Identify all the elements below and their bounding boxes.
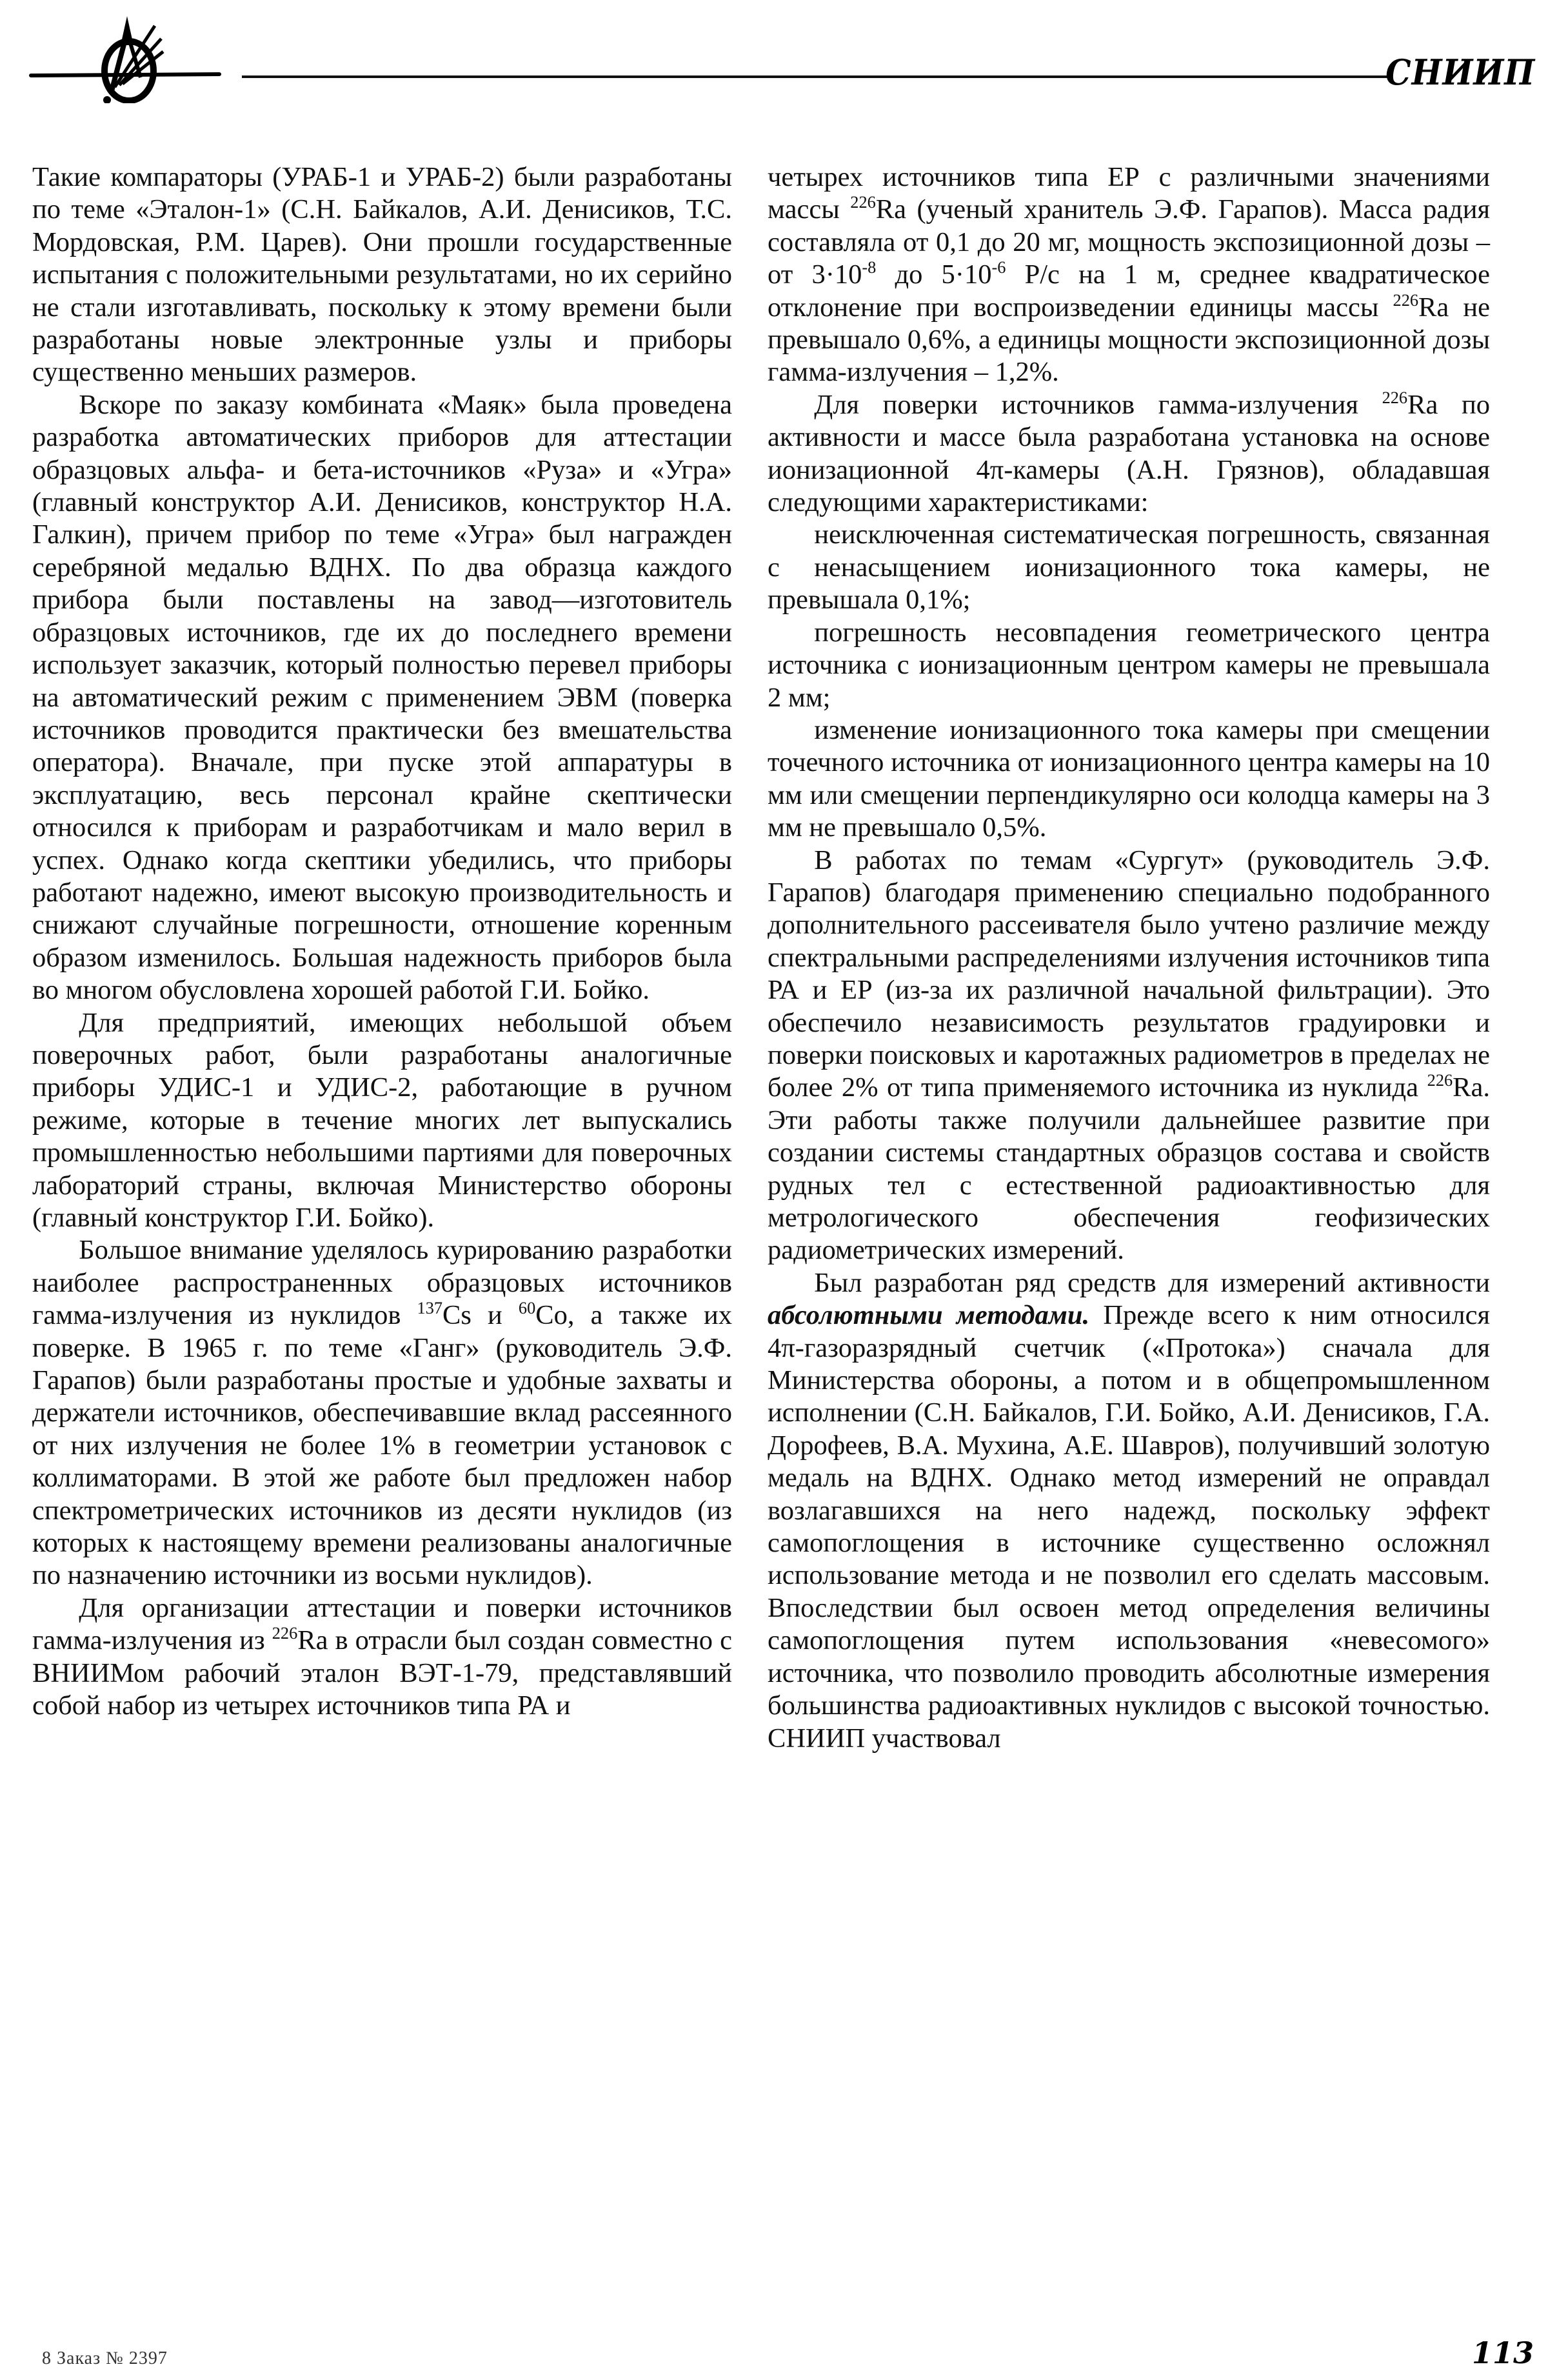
page-header: СНИИП xyxy=(0,0,1548,129)
superscript: 226 xyxy=(272,1624,298,1643)
paragraph: Вскоре по заказу комбината «Маяк» была п… xyxy=(32,389,732,1007)
paragraph: четырех источников типа ЕР с различными … xyxy=(768,161,1490,389)
emphasis: абсолютными методами. xyxy=(768,1300,1089,1330)
superscript: 226 xyxy=(1393,291,1419,310)
header-rule xyxy=(242,75,1390,78)
superscript: 226 xyxy=(1382,388,1408,407)
running-title: СНИИП xyxy=(1385,52,1535,93)
paragraph: Для поверки источников гамма-излучения 2… xyxy=(768,389,1490,519)
superscript: -8 xyxy=(862,258,876,277)
radiation-emblem-icon xyxy=(26,6,232,103)
superscript: 60 xyxy=(519,1299,535,1317)
paragraph: погрешность несовпадения геометрического… xyxy=(768,617,1490,714)
paragraph: В работах по темам «Сургут» (руководител… xyxy=(768,845,1490,1267)
print-order-note: 8 Заказ № 2397 xyxy=(42,2348,168,2369)
right-column: четырех источников типа ЕР с различными … xyxy=(768,161,1490,1755)
superscript: 226 xyxy=(850,194,876,212)
paragraph: Был разработан ряд средств для измерений… xyxy=(768,1267,1490,1755)
left-column: Такие компараторы (УРАБ-1 и УРАБ-2) были… xyxy=(32,161,732,1723)
paragraph: Для предприятий, имеющих небольшой объем… xyxy=(32,1007,732,1235)
paragraph: неисключенная систематическая погрешност… xyxy=(768,519,1490,616)
page-number: 113 xyxy=(1472,2335,1534,2370)
paragraph: Большое внимание уделялось курированию р… xyxy=(32,1234,732,1592)
superscript: -6 xyxy=(991,258,1006,277)
paragraph: Такие компараторы (УРАБ-1 и УРАБ-2) были… xyxy=(32,161,732,389)
article-body: Такие компараторы (УРАБ-1 и УРАБ-2) были… xyxy=(32,161,1516,2271)
superscript: 137 xyxy=(417,1299,443,1317)
paragraph: Для организации аттестации и поверки ист… xyxy=(32,1592,732,1723)
superscript: 226 xyxy=(1427,1072,1453,1090)
paragraph: изменение ионизационного тока камеры при… xyxy=(768,714,1490,845)
